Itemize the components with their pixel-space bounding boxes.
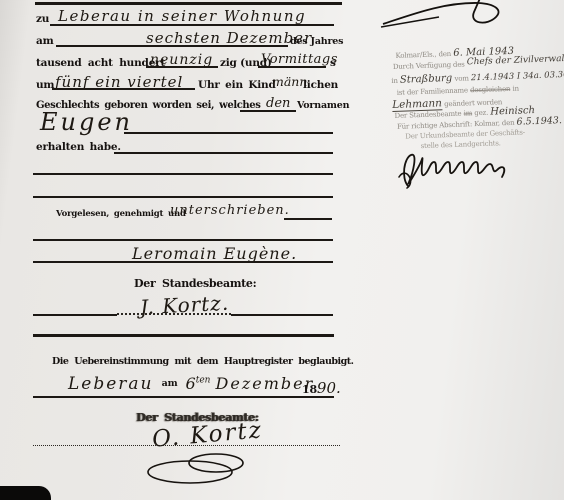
name-change-stamp-1943: Kolmar/Els., den 6. Mai 1943 Durch Verfü…: [389, 42, 564, 152]
handwritten-first-name: Eugen: [40, 108, 133, 136]
printed-label-zu: zu: [36, 13, 49, 25]
stamp-printed-durch-verfuegung: Durch Verfügung des: [393, 60, 465, 70]
printed-suffix-s: s: [330, 57, 336, 69]
signature-flourish-loops: [146, 452, 252, 486]
ruled-line: [33, 396, 334, 398]
handwritten-day-suffix: ten: [196, 376, 211, 386]
ruled-line-blank: [33, 239, 333, 241]
stamp-printed-ist-der: ist der Familienname: [397, 86, 468, 96]
stamp-handwritten-city: Straßburg: [400, 73, 453, 86]
printed-am: am: [162, 378, 178, 389]
birth-register-document-scan: zu Leberau in seiner Wohnung am sechsten…: [0, 0, 564, 500]
ruled-line: [114, 152, 333, 154]
ruled-line: [231, 314, 333, 316]
year-group: 1890.: [302, 378, 341, 397]
top-signature-flourish: [381, 0, 513, 30]
ruled-line-top: [35, 2, 342, 5]
ruled-line: [284, 218, 332, 220]
handwritten-year-90: 90.: [317, 379, 341, 397]
stamp-printed-place-den: Kolmar/Els., den: [395, 50, 451, 60]
handwritten-unterschrieben: unterschrieben.: [170, 203, 290, 218]
handwritten-place-residence: Leberau in seiner Wohnung: [58, 7, 306, 25]
ruled-line: [124, 132, 333, 134]
ruled-line: [33, 261, 333, 263]
registrar-signature: J. Kortz.: [139, 291, 229, 320]
stamp-printed-vom: vom: [454, 74, 468, 82]
stamp-struck-word: desgleichen: [470, 85, 510, 94]
handwritten-den: den: [266, 96, 290, 111]
printed-vornamen: Vornamen: [297, 100, 349, 111]
handwritten-place: Leberau: [68, 374, 154, 394]
stamp-struck-im: im: [463, 109, 472, 117]
handwritten-birth-time: fünf ein viertel: [55, 73, 183, 91]
clerk-signature-scrawl: [396, 146, 516, 194]
registrar-heading: Der Standesbeamte:: [134, 277, 256, 290]
printed-label-am: am: [36, 35, 54, 47]
ruled-line-heavy: [33, 334, 334, 337]
printed-erhalten-habe: erhalten habe.: [36, 141, 121, 153]
stamp-handwritten-copy-date: 6.5.1943.: [516, 115, 562, 128]
printed-uhr-ein-kind: Uhr ein Kind: [198, 79, 276, 91]
ruled-line-blank: [33, 173, 333, 175]
stamp-handwritten-decree-ref: 21.4.1943 I 34a. 03.307: [471, 70, 564, 84]
ruled-line: [33, 314, 117, 316]
handwritten-vormittags: Vormittags: [261, 52, 338, 67]
dotted-line: [117, 313, 231, 315]
printed-lichen: lichen: [303, 79, 338, 91]
printed-des-jahres: des Jahres: [290, 36, 343, 47]
printed-vorgelesen: Vorgelesen, genehmigt und: [56, 209, 186, 219]
stamp-line-3: in Straßburg vom 21.4.1943 I 34a. 03.307: [391, 69, 564, 86]
printed-certification: Die Uebereinstimmung mit dem Hauptregist…: [52, 356, 353, 367]
handwritten-year-entry: neunzig: [150, 52, 213, 68]
stamp-printed-in-2: in: [512, 85, 519, 93]
scanner-corner-artifact: [0, 486, 51, 500]
handwritten-birth-date: sechsten Dezember: [146, 29, 312, 47]
ruled-line: [50, 24, 334, 26]
place-date-line: Leberau am 6ten Dezember: [68, 374, 314, 394]
ruled-line-blank: [33, 196, 333, 198]
handwritten-day: 6: [186, 374, 196, 393]
stamp-printed-in: in: [391, 77, 398, 85]
handwritten-month: Dezember: [216, 374, 315, 393]
stamp-printed-gez: gez.: [474, 109, 488, 117]
printed-year-18: 18: [302, 383, 317, 396]
